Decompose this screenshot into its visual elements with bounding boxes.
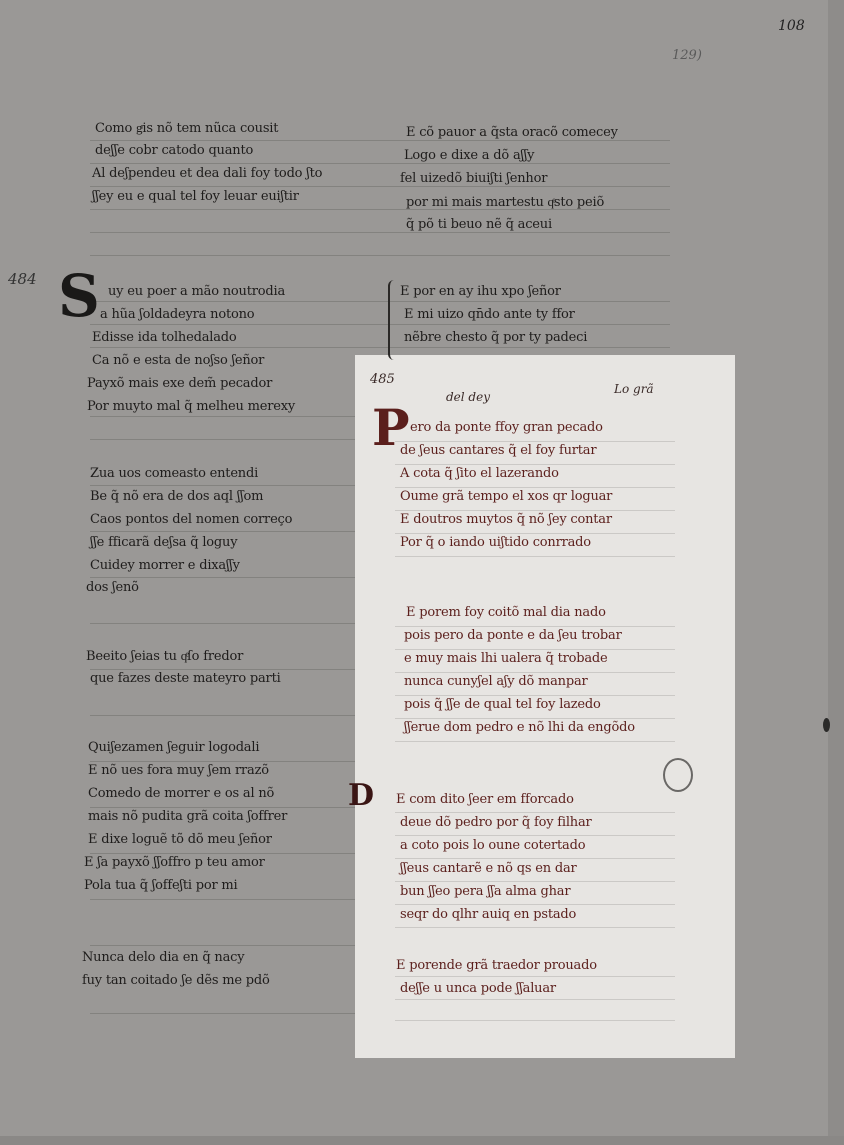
verse-line: E mi uizo qn̄do ante ty ffor: [404, 307, 575, 322]
verse-line: Cuidey morrer e dixaʃʃy: [90, 558, 240, 573]
ruled-line: [395, 812, 675, 813]
ruled-line: [395, 441, 675, 442]
verse-line: E com dito ʃeer em fforcado: [396, 792, 574, 807]
ruled-line: [90, 324, 670, 325]
verse-line: e muy mais lhi ualera q̃ trobade: [404, 651, 608, 666]
ruled-line: [395, 487, 675, 488]
verse-line: a hũa ʃoldadeyra notono: [100, 307, 254, 322]
verse-line: nẽbre chesto q̃ por ty padeci: [404, 330, 587, 345]
ruled-line: [90, 761, 360, 762]
ruled-line: [90, 669, 360, 670]
verse-line: de ʃeus cantares q̃ el foy furtar: [400, 443, 596, 458]
pencil-number: 129): [672, 48, 702, 63]
ruled-line: [90, 853, 360, 854]
verse-line: E dixe loguẽ tõ dõ meu ʃeñor: [88, 832, 272, 847]
ruled-line: [90, 715, 360, 716]
page-edge-bottom: [0, 1136, 844, 1145]
ruled-line: [90, 1013, 360, 1014]
verse-line: dos ʃenõ: [86, 580, 139, 595]
verse-line: uy eu poer a mão noutrodia: [108, 284, 285, 299]
ruled-line: [90, 439, 360, 440]
verse-line: E doutros muytos q̃ nõ ʃey contar: [400, 512, 612, 527]
ruled-line: [90, 163, 670, 164]
verse-line: Oume grã tempo el xos qr loguar: [400, 489, 612, 504]
ruled-line: [395, 1020, 675, 1021]
verse-line: Comedo de morrer e os al nõ: [88, 786, 274, 801]
verse-line: q̃ põ ti beuo nẽ q̃ aceui: [406, 217, 552, 232]
ruled-line: [90, 232, 670, 233]
ruled-line: [395, 741, 675, 742]
ruled-line: [395, 533, 675, 534]
verse-line: ʃʃe fficarã deʃsa q̃ loguy: [90, 535, 237, 550]
ruled-line: [90, 899, 360, 900]
ruled-line: [90, 807, 360, 808]
poem-number-left: 484: [8, 270, 37, 288]
verse-line: seqr do qlhr auiq en pstado: [400, 907, 576, 922]
verse-line: por mi mais martestu qͤsto peiõ: [406, 194, 604, 210]
verse-line: Ca nõ e esta de noʃso ʃeñor: [92, 353, 264, 368]
verse-line: deʃʃe cobr catodo quanto: [95, 143, 253, 158]
page-hole: [823, 718, 830, 732]
verse-line: fuy tan coitado ʃe dẽs me pdõ: [82, 973, 270, 988]
folio-number: 108: [778, 18, 805, 34]
verse-line: E nõ ues fora muy ʃem rrazõ: [88, 763, 269, 778]
ruled-line: [395, 904, 675, 905]
ruled-line: [90, 255, 670, 256]
verse-line: Por muyto mal q̃ melheu merexy: [87, 399, 295, 414]
ruled-line: [395, 672, 675, 673]
verse-line: a coto pois lo oune cotertado: [400, 838, 585, 853]
ruled-line: [395, 927, 675, 928]
ruled-line: [395, 835, 675, 836]
verse-line: pois q̃ ʃʃe de qual tel foy lazedo: [404, 697, 601, 712]
verse-line: A cota q̃ ʃito el lazerando: [400, 466, 559, 481]
verse-line: que fazes deste mateyro parti: [90, 671, 281, 686]
verse-line: Quiʃezamen ʃeguir logodali: [88, 740, 259, 755]
verse-line: E ʃa payxõ ʃʃoffro p teu amor: [84, 855, 265, 870]
ruled-line: [90, 186, 670, 187]
verse-line: bun ʃʃeo pera ʃʃa alma ghar: [400, 884, 570, 899]
verse-line: E porem foy coitõ mal dia nado: [406, 605, 606, 620]
verse-line: fel uizedõ biuiʃti ʃenhor: [400, 171, 547, 186]
verse-line: mais nõ pudita grã coita ʃoffrer: [88, 809, 287, 824]
ruled-line: [90, 416, 360, 417]
ruled-line: [395, 718, 675, 719]
verse-line: E por en ay ihu xpo ʃeñor: [400, 284, 561, 299]
verse-line: E porende grã traedor prouado: [396, 958, 597, 973]
ruled-line: [90, 531, 360, 532]
ruled-line: [395, 858, 675, 859]
ruled-line: [395, 464, 675, 465]
ruled-line: [90, 945, 360, 946]
ruled-line: [90, 577, 360, 578]
verse-line: Beeito ʃeias tu qͤſo fredor: [86, 648, 243, 664]
verse-line: Logo e dixe a dõ aʃʃy: [404, 148, 534, 163]
rubric-note-left: del dey: [446, 390, 490, 404]
brace-mark: [388, 280, 398, 360]
verse-line: Nunca delo dia en q̃ nacy: [82, 950, 244, 965]
verse-line: pois pero da ponte e da ʃeu trobar: [404, 628, 622, 643]
verse-line: Pola tua q̃ ʃoffeʃti por mi: [84, 878, 238, 893]
verse-line: ʃʃey eu e qual tel foy leuar euiʃtir: [92, 189, 299, 204]
ruled-line: [395, 626, 675, 627]
ruled-line: [395, 649, 675, 650]
verse-line: nunca cunyʃel aʃy dõ manpar: [404, 674, 588, 689]
circle-mark: [663, 758, 693, 792]
verse-line: deʃʃe u unca pode ʃʃaluar: [400, 981, 556, 996]
verse-line: ʃʃeus cantarẽ e nõ qs en dar: [400, 861, 577, 876]
paragraph-mark: D: [348, 778, 374, 813]
verse-line: ʃʃerue dom pedro e nõ lhi da engõdo: [404, 720, 635, 735]
verse-line: Caos pontos del nomen correço: [90, 512, 292, 527]
ruled-line: [395, 976, 675, 977]
verse-line: Por q̃ o iando uiʃtido conrrado: [400, 535, 591, 550]
verse-line: ero da ponte ffoy gran pecado: [410, 420, 603, 435]
ruled-line: [395, 695, 675, 696]
rubric-note-right: Lo grã: [614, 382, 654, 396]
poem-number-right: 485: [370, 372, 395, 387]
verse-line: Zua uos comeasto entendi: [90, 466, 258, 481]
ruled-line: [90, 347, 670, 348]
ruled-line: [90, 140, 670, 141]
ruled-line: [90, 623, 360, 624]
verse-line: E cõ pauor a q̃sta oracõ comecey: [406, 125, 618, 140]
verse-line: Al deʃpendeu et dea dali foy todo ʃto: [92, 166, 322, 181]
ruled-line: [90, 485, 360, 486]
ruled-line: [395, 881, 675, 882]
ruled-line: [395, 999, 675, 1000]
decorated-initial-s: S: [58, 262, 100, 330]
manuscript-page: 108 129) 484 485 Como gͬis nõ tem nũca c…: [0, 0, 844, 1145]
verse-line: Payxõ mais exe dem̃ pecador: [87, 376, 272, 391]
verse-line: Edisse ida tolhedalado: [92, 330, 237, 345]
page-edge-right: [828, 0, 844, 1145]
verse-line: deue dõ pedro por q̃ foy filhar: [400, 815, 592, 830]
verse-line: Como gͬis nõ tem nũca cousit: [95, 120, 278, 136]
ruled-line: [90, 301, 670, 302]
verse-line: Be q̃ nõ era de dos aql ʃʃom: [90, 489, 263, 504]
ruled-line: [395, 510, 675, 511]
ruled-line: [395, 556, 675, 557]
